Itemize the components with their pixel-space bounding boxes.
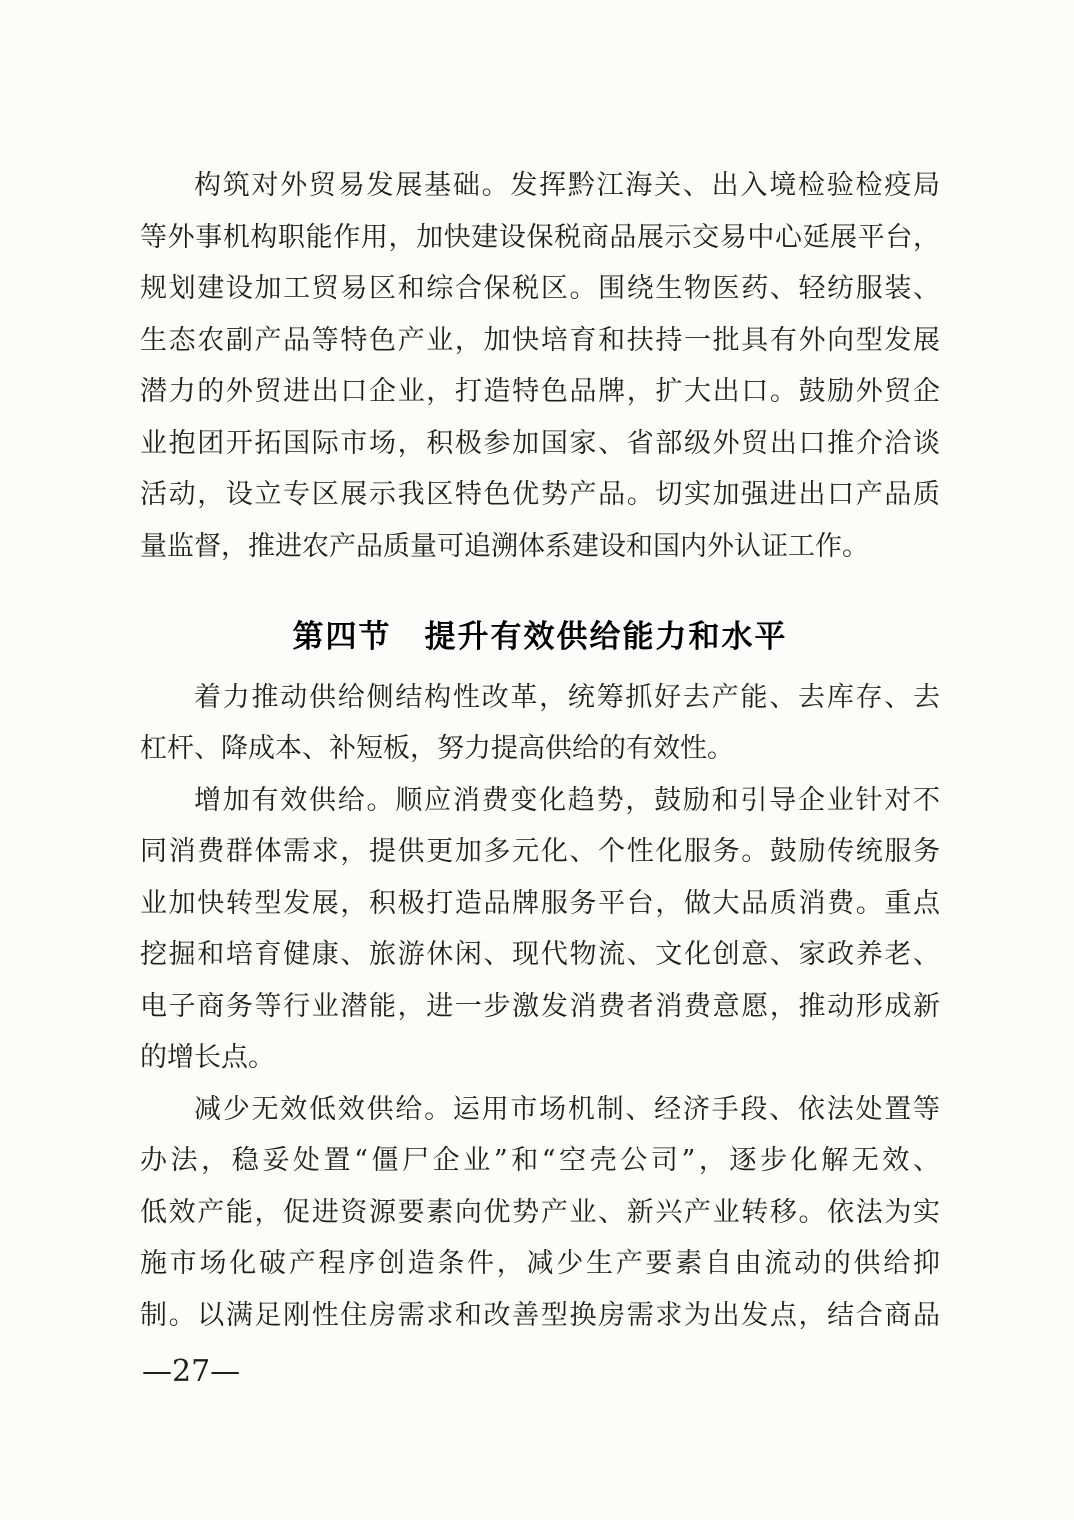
section-heading: 第四节 提升有效供给能力和水平 [140,612,940,664]
text-line: 办法，稳妥处置“僵尸企业”和“空壳公司”，逐步化解无效、 [140,1135,940,1187]
text-line: 潜力的外贸进出口企业，打造特色品牌，扩大出口。鼓励外贸企 [140,366,940,418]
paragraph: 增加有效供给。顺应消费变化趋势，鼓励和引导企业针对不同消费群体需求，提供更加多元… [140,775,940,1084]
text-line: 活动，设立专区展示我区特色优势产品。切实加强进出口产品质 [140,469,940,521]
text-line: 挖掘和培育健康、旅游休闲、现代物流、文化创意、家政养老、 [140,929,940,981]
text-line: 杠杆、降成本、补短板，努力提高供给的有效性。 [140,723,940,775]
text-line: 同消费群体需求，提供更加多元化、个性化服务。鼓励传统服务 [140,826,940,878]
document-page: 构筑对外贸易发展基础。发挥黔江海关、出入境检验检疫局等外事机构职能作用，加快建设… [0,0,1074,1520]
document-body: 构筑对外贸易发展基础。发挥黔江海关、出入境检验检疫局等外事机构职能作用，加快建设… [140,160,940,1341]
text-line: 减少无效低效供给。运用市场机制、经济手段、依法处置等 [140,1084,940,1136]
text-line: 制。以满足刚性住房需求和改善型换房需求为出发点，结合商品 [140,1290,940,1342]
text-line: 业加快转型发展，积极打造品牌服务平台，做大品质消费。重点 [140,878,940,930]
paragraph: 构筑对外贸易发展基础。发挥黔江海关、出入境检验检疫局等外事机构职能作用，加快建设… [140,160,940,572]
text-line: 业抱团开拓国际市场，积极参加国家、省部级外贸出口推介洽谈 [140,418,940,470]
text-line: 构筑对外贸易发展基础。发挥黔江海关、出入境检验检疫局 [140,160,940,212]
text-line: 低效产能，促进资源要素向优势产业、新兴产业转移。依法为实 [140,1187,940,1239]
text-line: 施市场化破产程序创造条件，减少生产要素自由流动的供给抑 [140,1238,940,1290]
text-line: 生态农副产品等特色产业，加快培育和扶持一批具有外向型发展 [140,315,940,367]
paragraph: 减少无效低效供给。运用市场机制、经济手段、依法处置等办法，稳妥处置“僵尸企业”和… [140,1084,940,1342]
text-line: 电子商务等行业潜能，进一步激发消费者消费意愿，推动形成新 [140,981,940,1033]
text-line: 规划建设加工贸易区和综合保税区。围绕生物医药、轻纺服装、 [140,263,940,315]
text-line: 等外事机构职能作用，加快建设保税商品展示交易中心延展平台， [140,212,940,264]
text-line: 量监督，推进农产品质量可追溯体系建设和国内外认证工作。 [140,521,940,573]
text-line: 增加有效供给。顺应消费变化趋势，鼓励和引导企业针对不 [140,775,940,827]
paragraph: 着力推动供给侧结构性改革，统筹抓好去产能、去库存、去杠杆、降成本、补短板，努力提… [140,672,940,775]
text-line: 着力推动供给侧结构性改革，统筹抓好去产能、去库存、去 [140,672,940,724]
page-number: —27— [142,1352,240,1392]
text-line: 的增长点。 [140,1032,940,1084]
